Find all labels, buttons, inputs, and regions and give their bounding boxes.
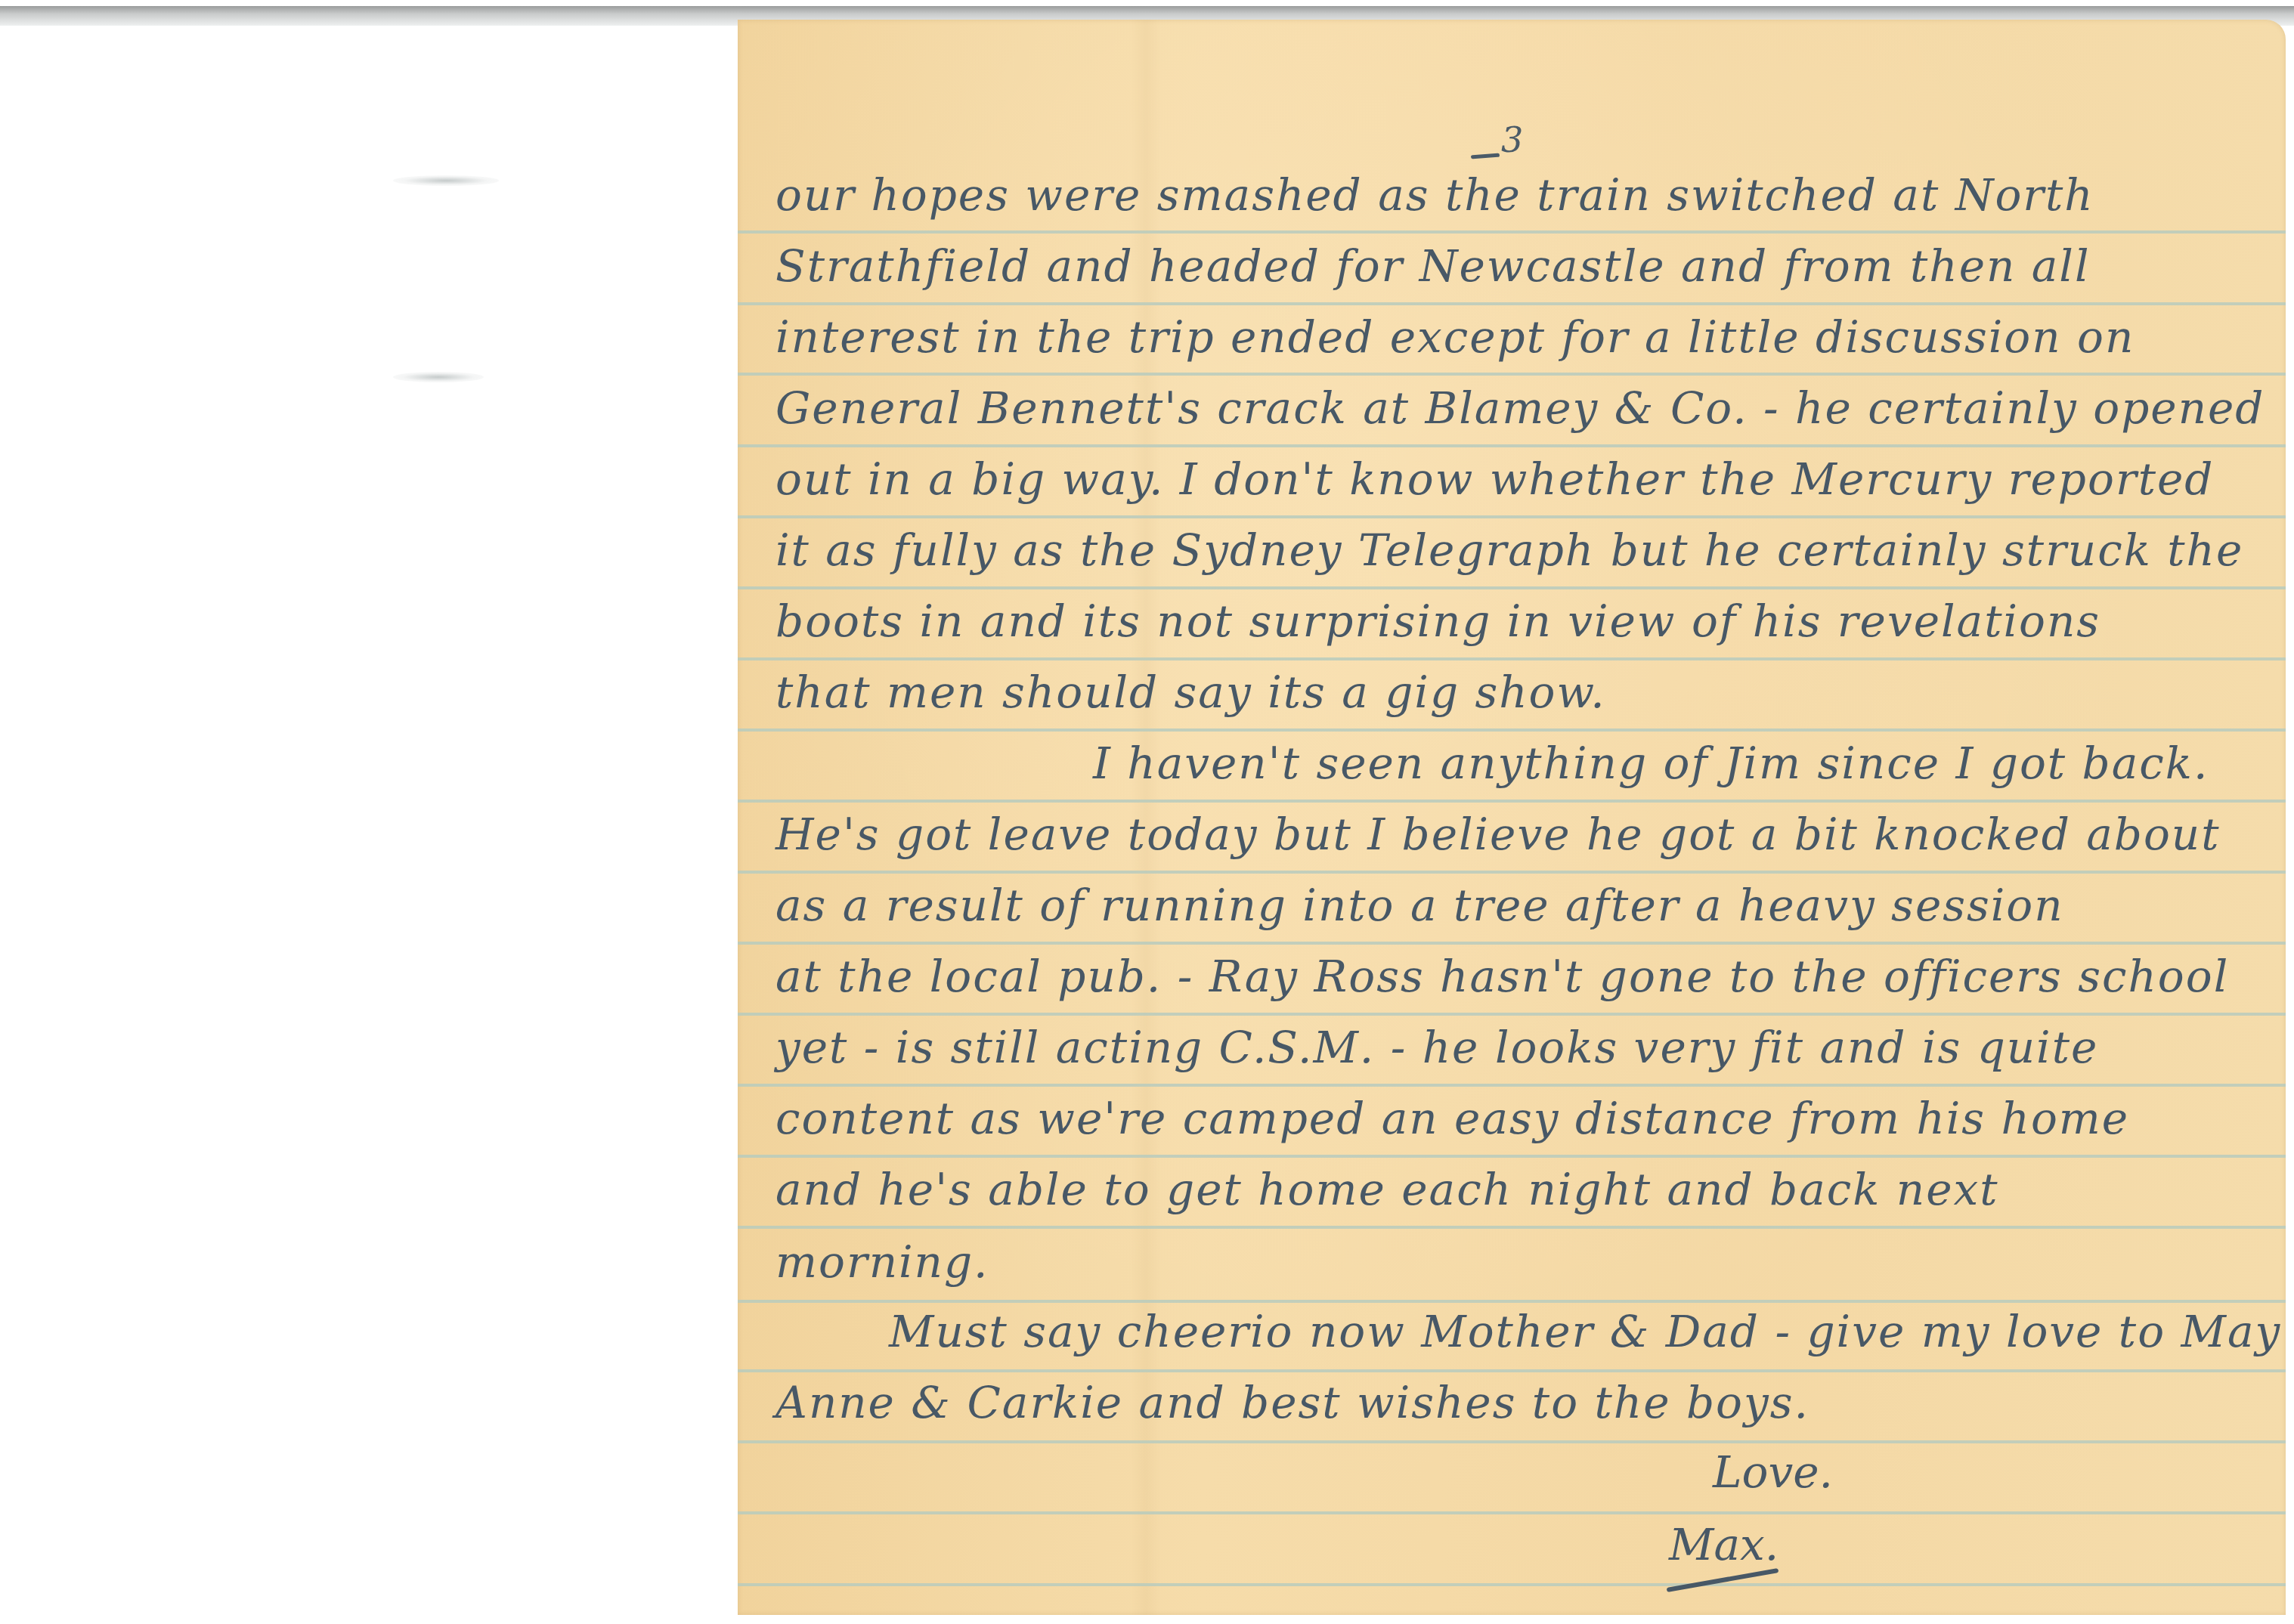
letter-line: General Bennett's crack at Blamey & Co. … [776, 382, 2265, 434]
letter-signature: Max. [1669, 1519, 1779, 1570]
ruled-line [738, 871, 2286, 874]
letter-line: Must say cheerio now Mother & Dad - give… [889, 1306, 2281, 1357]
page-number: 3 [1501, 119, 1523, 160]
background-smudge [393, 372, 484, 382]
ruled-line [738, 302, 2286, 305]
signature-underline [1667, 1568, 1779, 1592]
letter-line: yet - is still acting C.S.M. - he looks … [776, 1022, 2098, 1073]
letter-line: out in a big way. I don't know whether t… [776, 453, 2214, 505]
ruled-line [738, 1013, 2286, 1016]
ruled-line [738, 1440, 2286, 1443]
ruled-line [738, 942, 2286, 945]
letter-closing: Love. [1713, 1446, 1833, 1498]
letter-line: as a result of running into a tree after… [776, 880, 2064, 931]
letter-line: at the local pub. - Ray Ross hasn't gone… [776, 951, 2229, 1002]
letter-page: 3 our hopes were smashed as the train sw… [738, 20, 2286, 1615]
letter-line: content as we're camped an easy distance… [776, 1093, 2129, 1144]
letter-line: interest in the trip ended except for a … [776, 311, 2135, 363]
ruled-line [738, 230, 2286, 234]
ruled-line [738, 1511, 2286, 1514]
ruled-line [738, 1583, 2286, 1586]
letter-line: Anne & Carkie and best wishes to the boy… [776, 1377, 1810, 1428]
ruled-line [738, 1226, 2286, 1229]
ruled-line [738, 728, 2286, 732]
letter-line: it as fully as the Sydney Telegraph but … [776, 524, 2243, 576]
letter-line: boots in and its not surprising in view … [776, 595, 2101, 647]
ruled-line [738, 1369, 2286, 1372]
ruled-line [738, 586, 2286, 589]
ruled-line [738, 1300, 2286, 1303]
ruled-line [738, 657, 2286, 660]
background-smudge [393, 175, 499, 186]
letter-line: that men should say its a gig show. [776, 667, 1606, 718]
letter-line: and he's able to get home each night and… [776, 1164, 1999, 1215]
ruled-line [738, 515, 2286, 518]
letter-line: morning. [776, 1236, 989, 1288]
letter-line: our hopes were smashed as the train swit… [776, 169, 2094, 221]
page-number-dash [1471, 153, 1500, 159]
ruled-line [738, 1155, 2286, 1158]
letter-line: Strathfield and headed for Newcastle and… [776, 240, 2090, 292]
letter-line: I haven't seen anything of Jim since I g… [1093, 738, 2209, 789]
ruled-line [738, 373, 2286, 376]
ruled-line [738, 1084, 2286, 1087]
ruled-line [738, 444, 2286, 447]
letter-line: He's got leave today but I believe he go… [776, 809, 2221, 860]
ruled-line [738, 800, 2286, 803]
